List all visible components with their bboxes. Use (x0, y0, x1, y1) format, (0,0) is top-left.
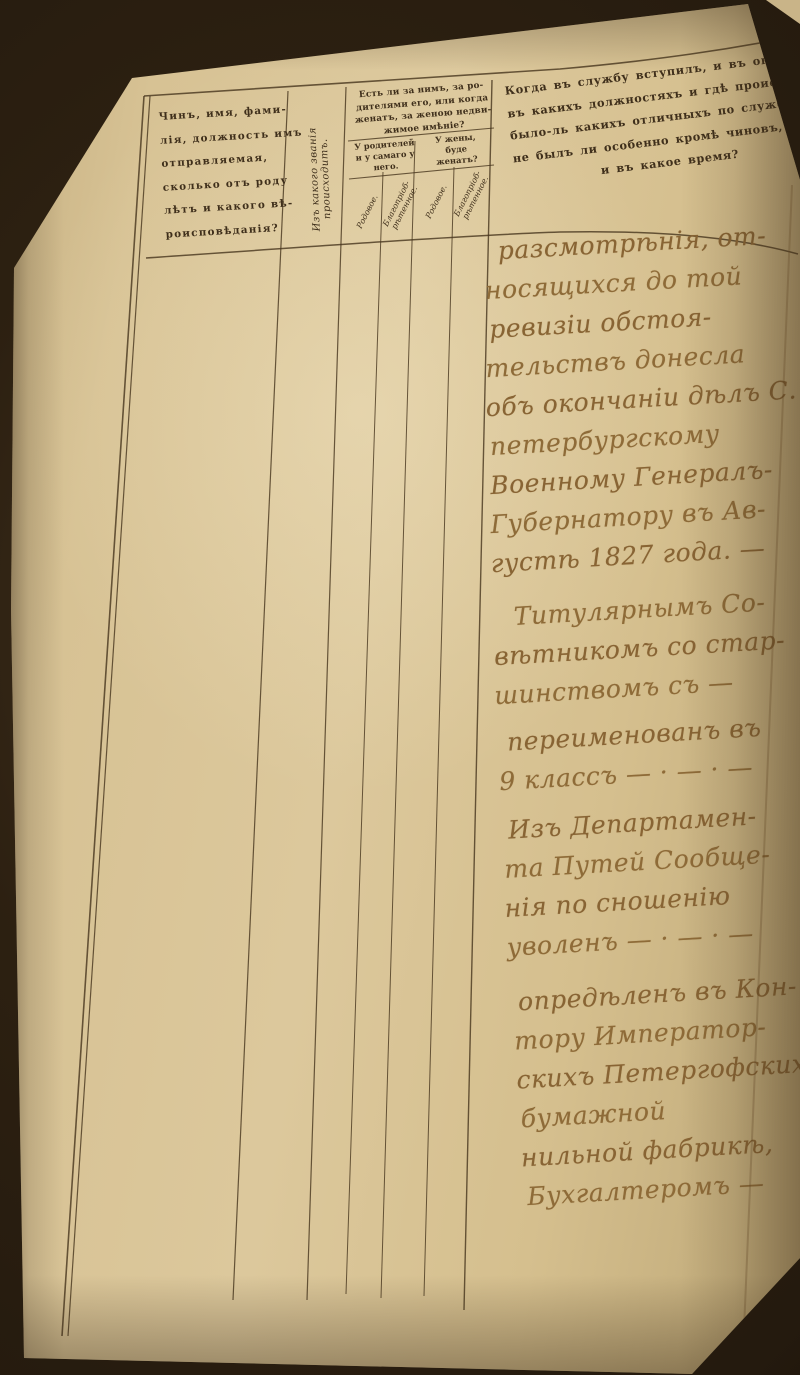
rank-column-header: Чинъ, имя, фами- лія, должность имъ отпр… (158, 97, 326, 247)
document-page: Чинъ, имя, фами- лія, должность имъ отпр… (0, 0, 800, 1375)
underlying-page-corner (766, 0, 800, 24)
photo-background: Чинъ, имя, фами- лія, должность имъ отпр… (0, 0, 800, 1375)
estate-wife-subheader: У жены, буде женатъ? (420, 131, 492, 169)
estate-parents-subheader: У родителей и у самаго у него. (352, 137, 418, 175)
handwritten-entry: разсмотрѣнія, от- носящихся до той ревиз… (468, 217, 800, 1222)
